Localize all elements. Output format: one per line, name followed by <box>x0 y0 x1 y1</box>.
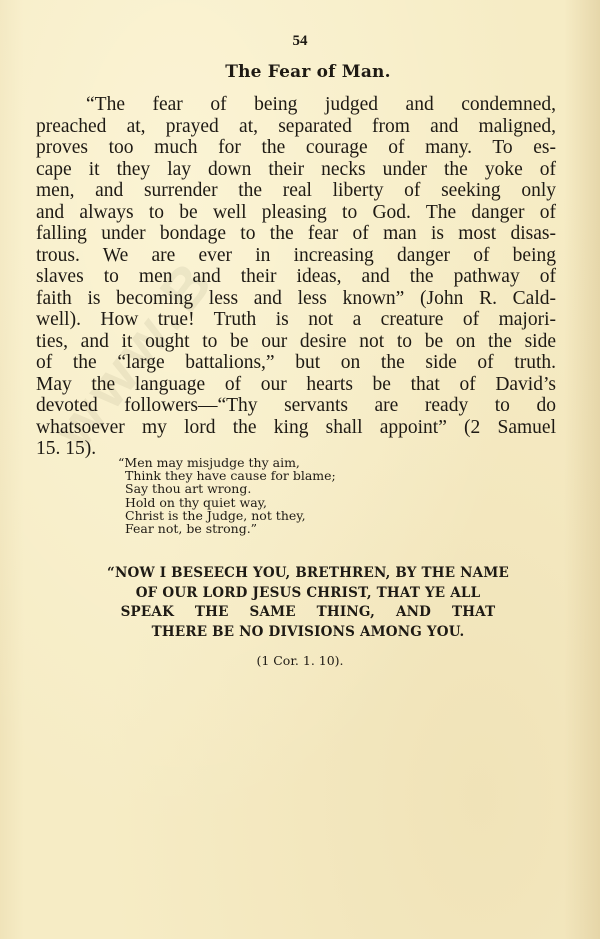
body-line: May the language of our hearts be that o… <box>36 374 556 396</box>
scripture-citation: (1 Cor. 1. 10). <box>0 653 600 668</box>
body-line: cape it they lay down their necks under … <box>36 159 556 181</box>
poem-quote: “Men may misjudge thy aim, Think they ha… <box>118 456 336 535</box>
body-line: of the “large battalions,” but on the si… <box>36 352 556 374</box>
scripture-line: “NOW I BESEECH YOU, BRETHREN, BY THE NAM… <box>0 564 600 584</box>
body-line: proves too much for the courage of many.… <box>36 137 556 159</box>
body-line: trous. We are ever in increasing danger … <box>36 245 556 267</box>
body-line: well). How true! Truth is not a creature… <box>36 309 556 331</box>
scripture-line: SPEAK THE SAME THING, AND THAT <box>0 603 600 623</box>
poem-line: Fear not, be strong.” <box>118 522 336 535</box>
poem-line: Say thou art wrong. <box>118 482 336 495</box>
body-line: men, and surrender the real liberty of s… <box>36 180 556 202</box>
body-line: ties, and it ought to be our desire not … <box>36 331 556 353</box>
body-line: devoted followers—“Thy servants are read… <box>36 395 556 417</box>
page-number: 54 <box>0 33 600 50</box>
body-line: “The fear of being judged and condemned, <box>36 94 556 116</box>
book-page: www.B 54 The Fear of Man. “The fear of b… <box>0 0 600 939</box>
poem-line: Hold on thy quiet way, <box>118 496 336 509</box>
scripture-quote: “NOW I BESEECH YOU, BRETHREN, BY THE NAM… <box>0 564 600 642</box>
body-line: slaves to men and their ideas, and the p… <box>36 266 556 288</box>
body-line: falling under bondage to the fear of man… <box>36 223 556 245</box>
scripture-line: THERE BE NO DIVISIONS AMONG YOU. <box>0 623 600 643</box>
page-title: The Fear of Man. <box>0 62 600 82</box>
body-line: preached at, prayed at, separated from a… <box>36 116 556 138</box>
body-line: whatsoever my lord the king shall appoin… <box>36 417 556 439</box>
body-line: and always to be well pleasing to God. T… <box>36 202 556 224</box>
scripture-line: OF OUR LORD JESUS CHRIST, THAT YE ALL <box>0 584 600 604</box>
body-paragraph: “The fear of being judged and condemned,… <box>36 94 556 460</box>
body-line: faith is becoming less and less known” (… <box>36 288 556 310</box>
